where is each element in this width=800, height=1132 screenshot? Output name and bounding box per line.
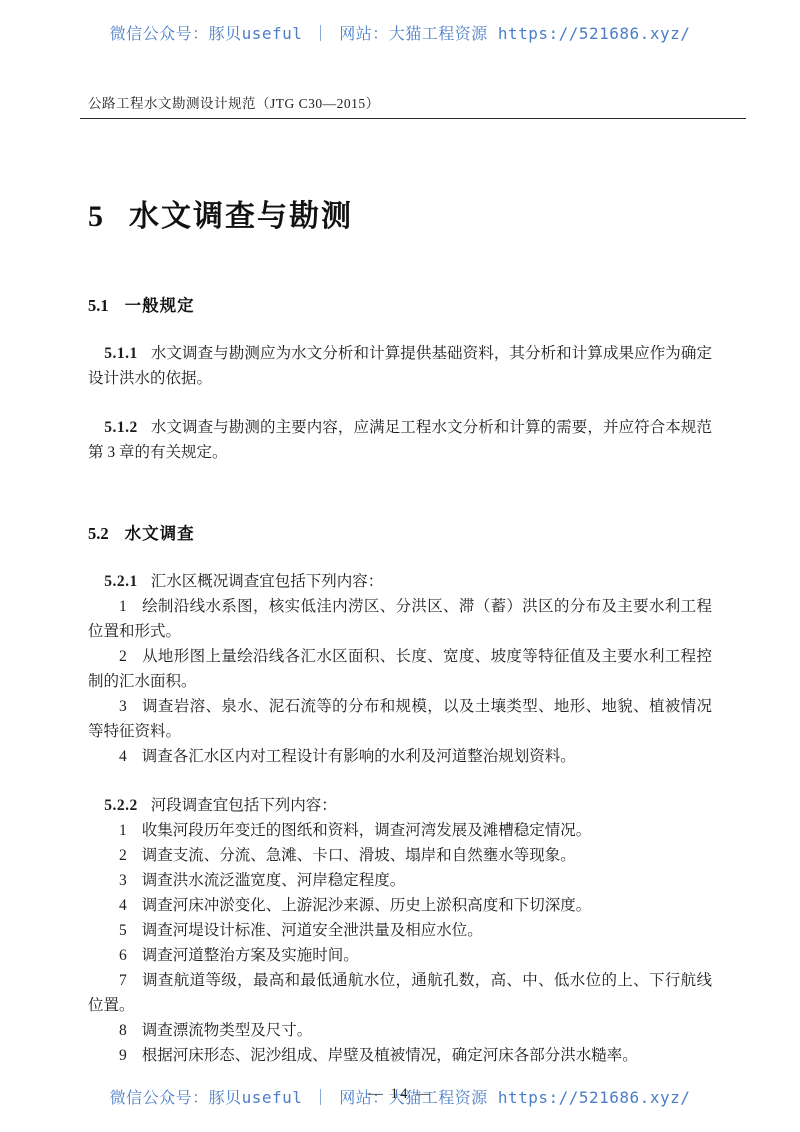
chapter-number: 5 [88, 200, 103, 233]
clause-5-1-2: 5.1.2水文调查与勘测的主要内容，应满足工程水文分析和计算的需要，并应符合本规… [88, 415, 712, 465]
list-item: 3调查岩溶、泉水、泥石流等的分布和规模，以及土壤类型、地形、地貌、植被情况等特征… [88, 694, 712, 744]
list-item: 6调查河道整治方案及实施时间。 [88, 943, 712, 968]
item-text: 调查河堤设计标准、河道安全泄洪量及相应水位。 [142, 922, 483, 939]
watermark-bottom: 微信公众号：豚贝useful ｜ 网站：大猫工程资源 https://52168… [0, 1085, 800, 1110]
item-text: 收集河段历年变迁的图纸和资料，调查河湾发展及滩槽稳定情况。 [142, 822, 592, 839]
item-number: 4 [119, 897, 127, 914]
list-item: 3调查洪水流泛滥宽度、河岸稳定程度。 [88, 868, 712, 893]
section-heading-5-1: 5.1一般规定 [88, 295, 712, 317]
chapter-title-text: 水文调查与勘测 [129, 200, 353, 233]
list-item: 7调查航道等级，最高和最低通航水位，通航孔数，高、中、低水位的上、下行航线位置。 [88, 968, 712, 1018]
item-number: 4 [119, 748, 127, 765]
item-number: 1 [119, 598, 127, 615]
list-item: 8调查漂流物类型及尺寸。 [88, 1018, 712, 1043]
clause-number: 5.1.1 [104, 345, 138, 362]
item-number: 7 [119, 972, 127, 989]
item-number: 1 [119, 822, 127, 839]
item-number: 8 [119, 1022, 127, 1039]
item-number: 2 [119, 847, 127, 864]
item-number: 9 [119, 1047, 127, 1064]
list-item: 1绘制沿线水系图，核实低洼内涝区、分洪区、滞（蓄）洪区的分布及主要水利工程位置和… [88, 594, 712, 644]
list-item: 4调查各汇水区内对工程设计有影响的水利及河道整治规划资料。 [88, 744, 712, 769]
item-text: 调查洪水流泛滥宽度、河岸稳定程度。 [142, 872, 406, 889]
item-text: 从地形图上量绘沿线各汇水区面积、长度、宽度、坡度等特征值及主要水利工程控制的汇水… [88, 648, 712, 690]
list-item: 5调查河堤设计标准、河道安全泄洪量及相应水位。 [88, 918, 712, 943]
list-item: 4调查河床冲淤变化、上游泥沙来源、历史上淤积高度和下切深度。 [88, 893, 712, 918]
section-number: 5.1 [88, 296, 109, 315]
document-body: 5水文调查与勘测 5.1一般规定 5.1.1水文调查与勘测应为水文分析和计算提供… [88, 197, 712, 1107]
clause-5-2-1-items: 1绘制沿线水系图，核实低洼内涝区、分洪区、滞（蓄）洪区的分布及主要水利工程位置和… [88, 594, 712, 769]
clause-text: 河段调查宜包括下列内容： [151, 797, 337, 814]
item-number: 6 [119, 947, 127, 964]
item-text: 调查河道整治方案及实施时间。 [142, 947, 359, 964]
clause-5-2-2-items: 1收集河段历年变迁的图纸和资料，调查河湾发展及滩槽稳定情况。 2调查支流、分流、… [88, 818, 712, 1068]
item-number: 3 [119, 872, 127, 889]
item-text: 调查漂流物类型及尺寸。 [142, 1022, 313, 1039]
item-text: 调查航道等级，最高和最低通航水位，通航孔数，高、中、低水位的上、下行航线位置。 [88, 972, 712, 1014]
watermark-top: 微信公众号：豚贝useful ｜ 网站：大猫工程资源 https://52168… [0, 0, 800, 46]
item-number: 2 [119, 648, 127, 665]
clause-text: 水文调查与勘测的主要内容，应满足工程水文分析和计算的需要，并应符合本规范第 3 … [88, 419, 712, 461]
list-item: 2从地形图上量绘沿线各汇水区面积、长度、宽度、坡度等特征值及主要水利工程控制的汇… [88, 644, 712, 694]
item-number: 5 [119, 922, 127, 939]
clause-5-2-2: 5.2.2河段调查宜包括下列内容： [88, 793, 712, 818]
section-heading-5-2: 5.2水文调查 [88, 523, 712, 545]
clause-text: 汇水区概况调查宜包括下列内容： [151, 573, 384, 590]
item-text: 调查各汇水区内对工程设计有影响的水利及河道整治规划资料。 [142, 748, 576, 765]
chapter-title: 5水文调查与勘测 [88, 197, 712, 237]
clause-5-1-1: 5.1.1水文调查与勘测应为水文分析和计算提供基础资料，其分析和计算成果应作为确… [88, 341, 712, 391]
list-item: 1收集河段历年变迁的图纸和资料，调查河湾发展及滩槽稳定情况。 [88, 818, 712, 843]
clause-text: 水文调查与勘测应为水文分析和计算提供基础资料，其分析和计算成果应作为确定设计洪水… [88, 345, 712, 387]
clause-number: 5.2.1 [104, 573, 138, 590]
section-title: 一般规定 [125, 297, 195, 315]
section-title: 水文调查 [125, 525, 195, 543]
clause-number: 5.1.2 [104, 419, 138, 436]
item-text: 调查岩溶、泉水、泥石流等的分布和规模，以及土壤类型、地形、地貌、植被情况等特征资… [88, 698, 712, 740]
item-text: 调查河床冲淤变化、上游泥沙来源、历史上淤积高度和下切深度。 [142, 897, 592, 914]
section-number: 5.2 [88, 524, 109, 543]
running-header-title: 公路工程水文勘测设计规范（JTG C30—2015） [80, 96, 746, 112]
item-text: 根据河床形态、泥沙组成、岸壁及植被情况，确定河床各部分洪水糙率。 [142, 1047, 638, 1064]
item-text: 绘制沿线水系图，核实低洼内涝区、分洪区、滞（蓄）洪区的分布及主要水利工程位置和形… [88, 598, 712, 640]
item-number: 3 [119, 698, 127, 715]
running-header: 公路工程水文勘测设计规范（JTG C30—2015） [80, 96, 746, 119]
clause-5-2-1: 5.2.1汇水区概况调查宜包括下列内容： [88, 569, 712, 594]
list-item: 2调查支流、分流、急滩、卡口、滑坡、塌岸和自然壅水等现象。 [88, 843, 712, 868]
item-text: 调查支流、分流、急滩、卡口、滑坡、塌岸和自然壅水等现象。 [142, 847, 576, 864]
clause-number: 5.2.2 [104, 797, 138, 814]
list-item: 9根据河床形态、泥沙组成、岸壁及植被情况，确定河床各部分洪水糙率。 [88, 1043, 712, 1068]
